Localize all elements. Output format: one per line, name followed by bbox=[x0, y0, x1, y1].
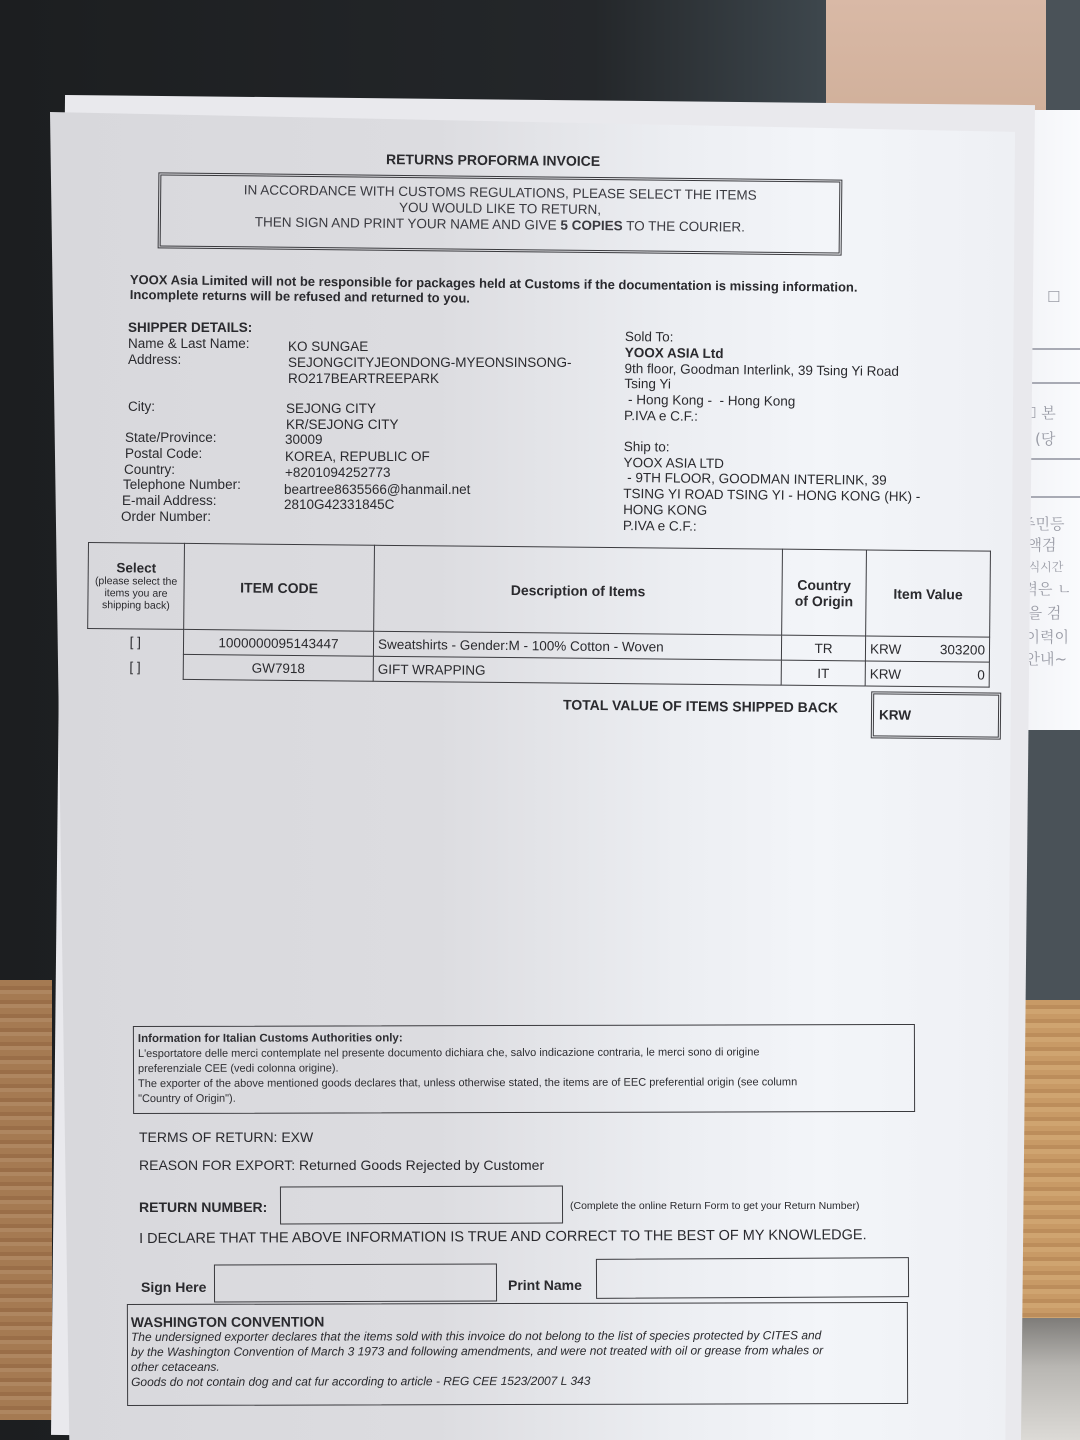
label-country: Country: bbox=[124, 462, 175, 478]
label-postal: Postal Code: bbox=[125, 446, 202, 462]
terms-of-return: TERMS OF RETURN: EXW bbox=[139, 1129, 313, 1145]
item-origin: IT bbox=[781, 660, 865, 686]
value-email: beartree8635566@hanmail.net bbox=[284, 482, 470, 498]
label-state: State/Province: bbox=[125, 430, 217, 446]
value-city-1: SEJONG CITY bbox=[286, 401, 376, 417]
signature-field[interactable] bbox=[214, 1264, 497, 1303]
value-order: 2810G42331845C bbox=[284, 497, 394, 513]
shipper-heading: SHIPPER DETAILS: bbox=[128, 320, 252, 336]
value-30009: 30009 bbox=[285, 432, 323, 448]
select-checkbox[interactable]: [ ] bbox=[87, 653, 183, 679]
total-value-label: TOTAL VALUE OF ITEMS SHIPPED BACK bbox=[563, 697, 838, 716]
italian-customs-info: Information for Italian Customs Authorit… bbox=[133, 1024, 915, 1114]
items-table: Select(please select the items you are s… bbox=[87, 542, 991, 688]
value-country: KOREA, REPUBLIC OF bbox=[285, 449, 430, 465]
label-address: Address: bbox=[128, 352, 181, 368]
header-item-value: Item Value bbox=[866, 550, 991, 637]
header-country-of-origin: Countryof Origin bbox=[782, 549, 867, 636]
reason-for-export: REASON FOR EXPORT: Returned Goods Reject… bbox=[139, 1157, 544, 1173]
label-phone: Telephone Number: bbox=[123, 477, 241, 493]
print-name-label: Print Name bbox=[508, 1277, 582, 1293]
label-name: Name & Last Name: bbox=[128, 336, 250, 352]
header-item-code: ITEM CODE bbox=[184, 543, 375, 631]
item-value: KRW0 bbox=[865, 661, 989, 687]
item-description: GIFT WRAPPING bbox=[373, 656, 781, 685]
label-order: Order Number: bbox=[121, 509, 211, 525]
document-title: RETURNS PROFORMA INVOICE bbox=[386, 151, 600, 169]
total-value-field[interactable]: KRW bbox=[871, 691, 1001, 739]
item-code: 1000000095143447 bbox=[183, 629, 373, 656]
value-address-2: RO217BEARTREEPARK bbox=[288, 371, 439, 387]
return-number-field[interactable] bbox=[280, 1186, 563, 1225]
customs-notice-box: IN ACCORDANCE WITH CUSTOMS REGULATIONS, … bbox=[158, 172, 843, 255]
item-description: Sweatshirts - Gender:M - 100% Cotton - W… bbox=[373, 631, 781, 660]
label-city: City: bbox=[128, 399, 155, 415]
value-city-2: KR/SEJONG CITY bbox=[286, 417, 399, 433]
print-name-field[interactable] bbox=[596, 1257, 909, 1299]
sign-here-label: Sign Here bbox=[141, 1279, 206, 1295]
select-checkbox[interactable]: [ ] bbox=[87, 629, 183, 655]
value-address-1: SEJONGCITYJEONDONG-MYEONSINSONG- bbox=[288, 355, 572, 371]
value-phone: +8201094252773 bbox=[285, 465, 391, 481]
label-email: E-mail Address: bbox=[122, 493, 217, 509]
return-number-hint: (Complete the online Return Form to get … bbox=[570, 1200, 859, 1212]
item-code: GW7918 bbox=[183, 654, 373, 681]
sold-to-block: Sold To: YOOX ASIA Ltd 9th floor, Goodma… bbox=[623, 329, 922, 537]
returns-proforma-invoice: RETURNS PROFORMA INVOICE IN ACCORDANCE W… bbox=[0, 0, 1080, 1440]
header-select: Select(please select the items you are s… bbox=[88, 543, 185, 630]
value-name: KO SUNGAE bbox=[288, 339, 368, 355]
return-number-label: RETURN NUMBER: bbox=[139, 1199, 267, 1215]
item-value: KRW303200 bbox=[865, 636, 989, 662]
responsibility-warning: YOOX Asia Limited will not be responsibl… bbox=[130, 272, 858, 310]
header-description: Description of Items bbox=[374, 545, 783, 635]
declaration-text: I DECLARE THAT THE ABOVE INFORMATION IS … bbox=[139, 1227, 867, 1247]
item-origin: TR bbox=[781, 635, 865, 661]
washington-convention-box: WASHINGTON CONVENTION The undersigned ex… bbox=[127, 1302, 908, 1406]
